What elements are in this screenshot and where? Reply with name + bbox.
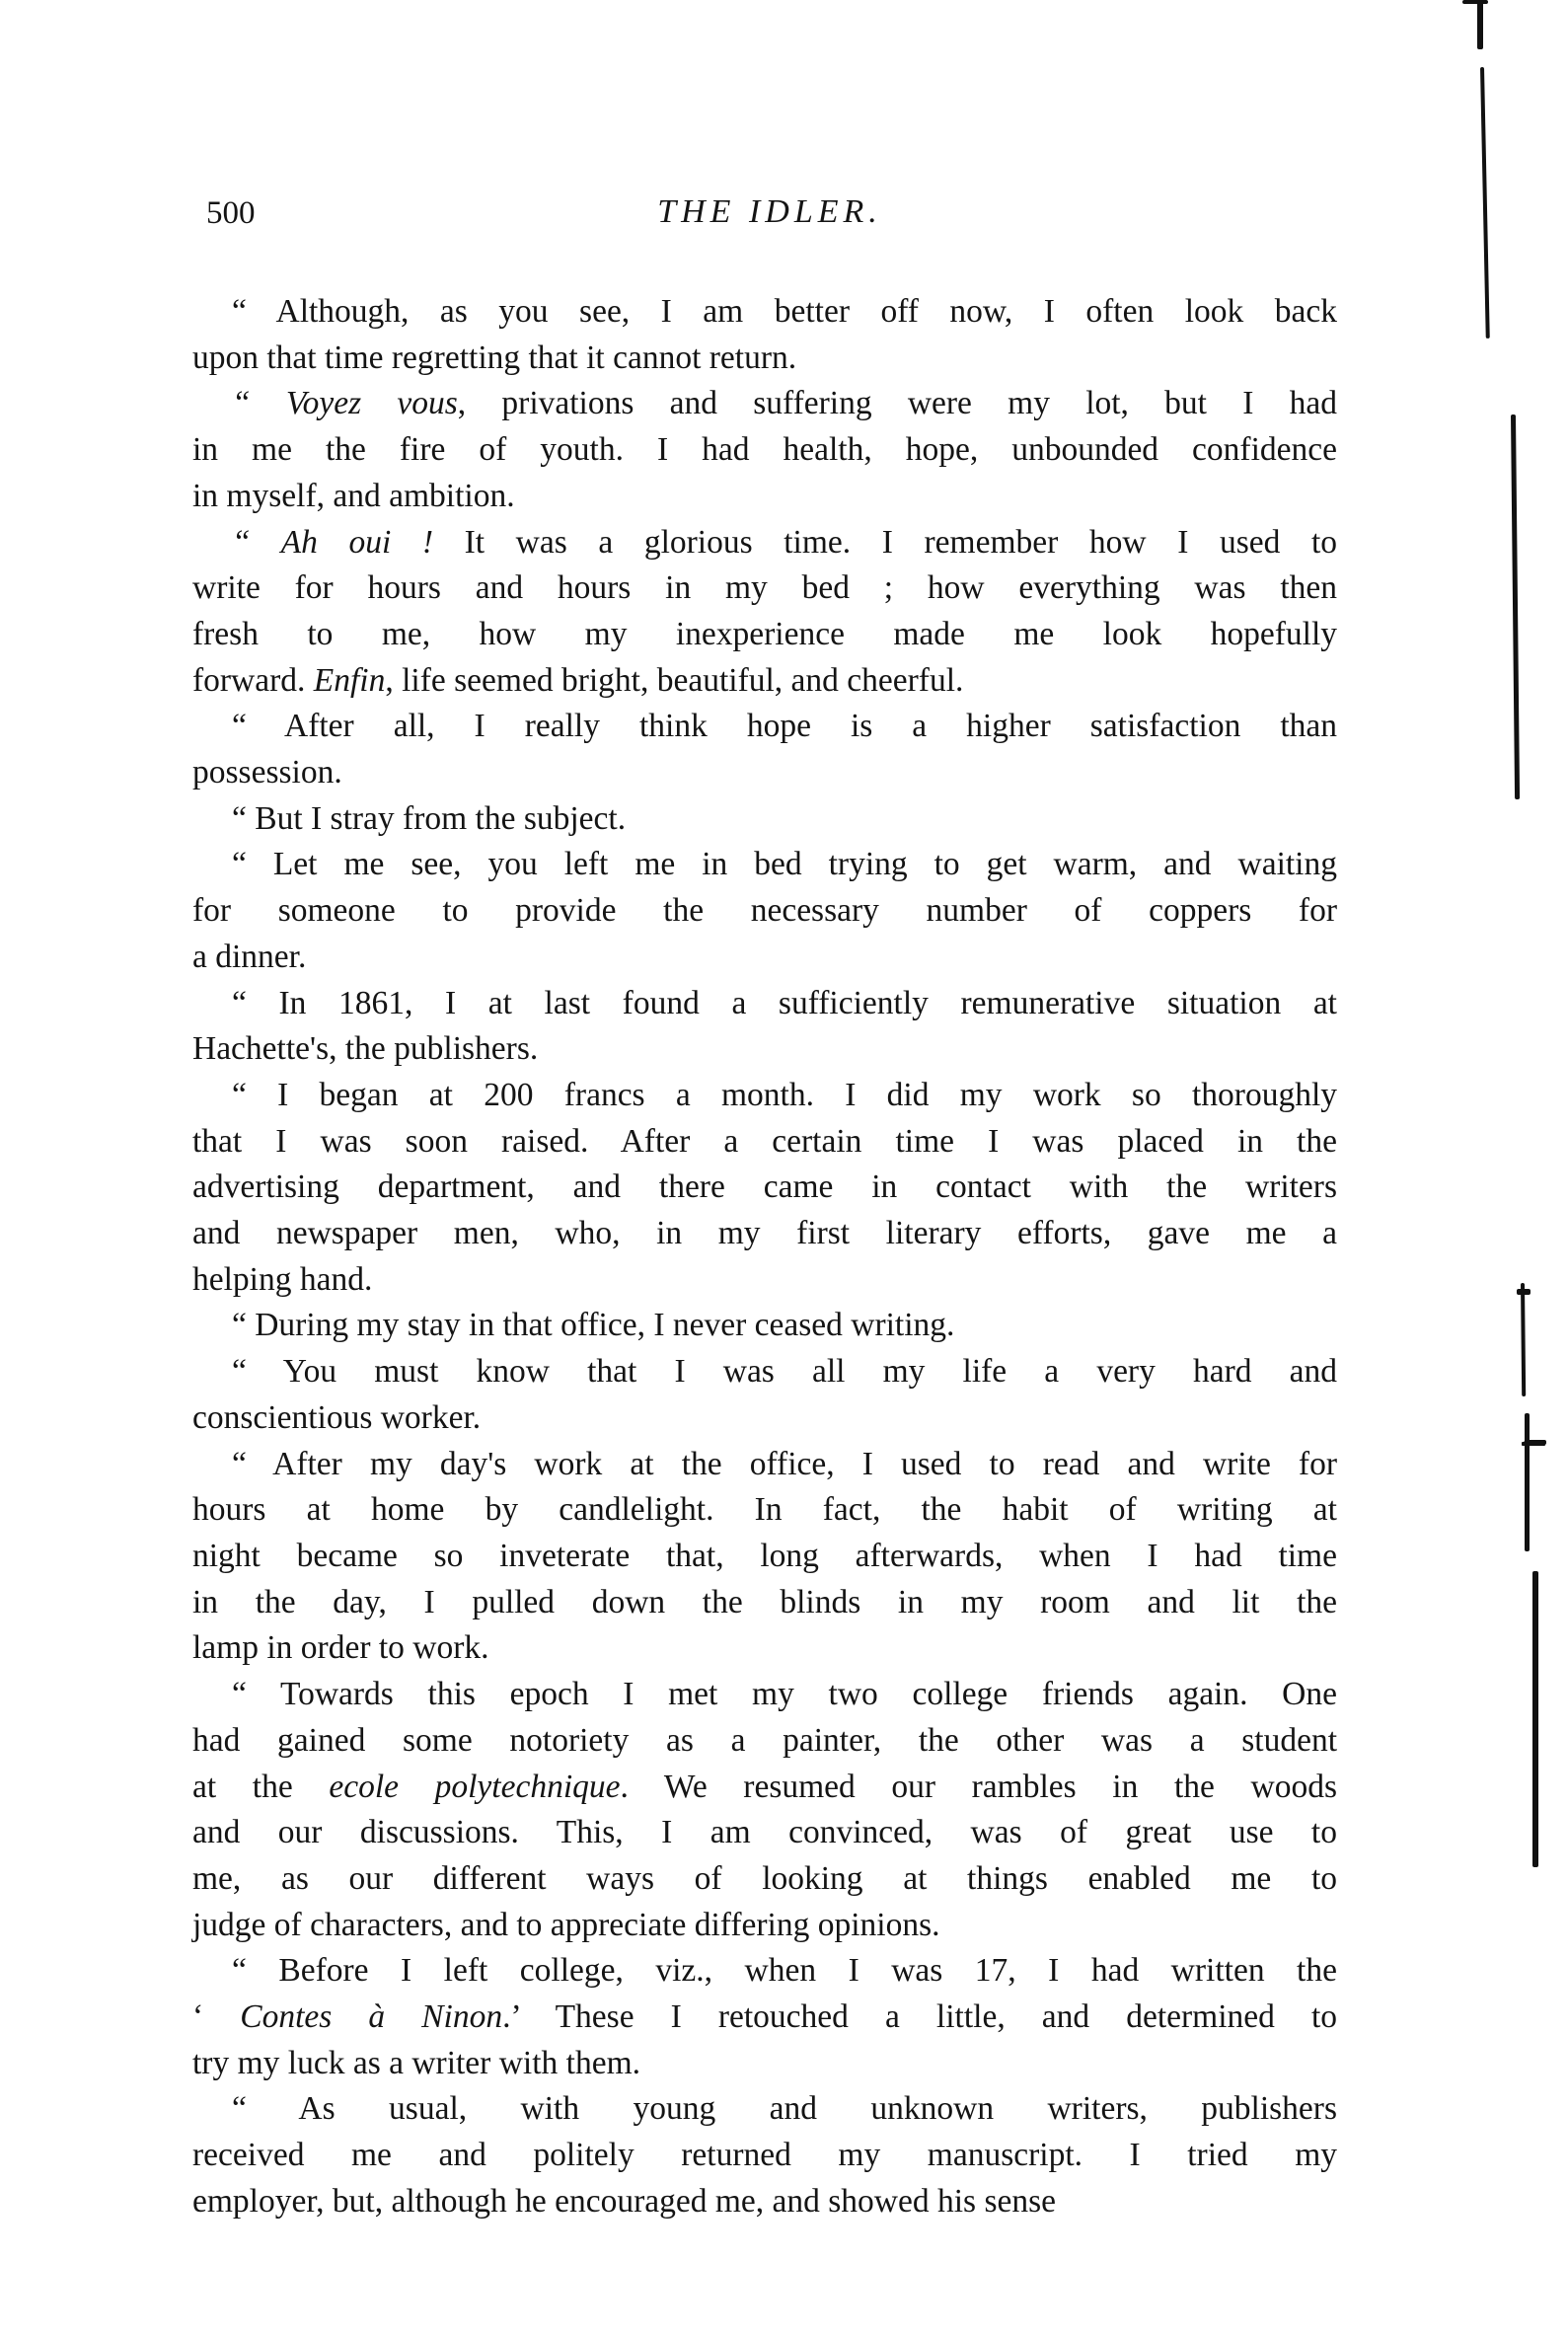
text-line: “ Although, as you see, I am better off … (192, 289, 1337, 336)
italic-phrase: “ Ah oui ! (232, 524, 433, 561)
text-line: possession. (192, 750, 1337, 796)
running-title: THE IDLER. (192, 193, 1337, 231)
paragraph: “ After all, I really think hope is a hi… (192, 704, 1337, 795)
paragraph: “ Towards this epoch I met my two colleg… (192, 1672, 1337, 1948)
text-line: “ During my stay in that office, I never… (192, 1303, 1337, 1349)
text-line: and newspaper men, who, in my first lite… (192, 1211, 1337, 1257)
italic-phrase: ecole polytechnique (329, 1769, 620, 1805)
binding-edge-mark (1462, 0, 1488, 4)
italic-phrase: Contes à Ninon (240, 1998, 502, 2035)
paragraph: “ As usual, with young and unknown write… (192, 2086, 1337, 2224)
paragraph: “ Before I left college, viz., when I wa… (192, 1948, 1337, 2086)
paragraph: “ I began at 200 francs a month. I did m… (192, 1073, 1337, 1304)
text-line: in myself, and ambition. (192, 474, 1337, 520)
text-line: “ After my day's work at the office, I u… (192, 1442, 1337, 1488)
binding-edge-line (1480, 67, 1490, 339)
binding-edge-line (1511, 414, 1520, 799)
text-line: and our discussions. This, I am convince… (192, 1810, 1337, 1856)
binding-edge-mark (1522, 1442, 1545, 1446)
text-line: conscientious worker. (192, 1395, 1337, 1442)
binding-edge-mark (1517, 1289, 1531, 1295)
text-line: upon that time regretting that it cannot… (192, 336, 1337, 382)
paragraph: “ Let me see, you left me in bed trying … (192, 842, 1337, 980)
text-line: “ Ah oui ! It was a glorious time. I rem… (192, 520, 1337, 566)
text-line: try my luck as a writer with them. (192, 2041, 1337, 2087)
text-line: employer, but, although he encouraged me… (192, 2179, 1337, 2225)
text-line: hours at home by candlelight. In fact, t… (192, 1487, 1337, 1534)
text-line: “ As usual, with young and unknown write… (192, 2086, 1337, 2133)
italic-phrase: Enfin (314, 662, 386, 699)
text-line: advertising department, and there came i… (192, 1165, 1337, 1211)
binding-edge-mark (1477, 0, 1483, 49)
text-line: at the ecole polytechnique. We resumed o… (192, 1765, 1337, 1811)
text-line: “ Towards this epoch I met my two colleg… (192, 1672, 1337, 1718)
paragraph: “ In 1861, I at last found a sufficientl… (192, 981, 1337, 1073)
binding-edge-line (1532, 1571, 1538, 1867)
paragraph: “ You must know that I was all my life a… (192, 1349, 1337, 1441)
text-line: received me and politely returned my man… (192, 2133, 1337, 2179)
paragraph: “ After my day's work at the office, I u… (192, 1442, 1337, 1673)
text-line: write for hours and hours in my bed ; ho… (192, 565, 1337, 612)
book-page: 500 THE IDLER. “ Although, as you see, I… (0, 0, 1568, 2335)
text-line: a dinner. (192, 935, 1337, 981)
paragraph: “ Although, as you see, I am better off … (192, 289, 1337, 381)
text-line: for someone to provide the necessary num… (192, 888, 1337, 935)
text-line: “ Voyez vous, privations and suffering w… (192, 381, 1337, 427)
paragraph: “ During my stay in that office, I never… (192, 1303, 1337, 1349)
text-line: “ Let me see, you left me in bed trying … (192, 842, 1337, 888)
paragraph: “ Voyez vous, privations and suffering w… (192, 381, 1337, 519)
text-line: lamp in order to work. (192, 1625, 1337, 1672)
text-line: “ I began at 200 francs a month. I did m… (192, 1073, 1337, 1119)
body-text: “ Although, as you see, I am better off … (192, 289, 1337, 2225)
italic-phrase: “ Voyez vous (232, 385, 458, 421)
text-line: night became so inveterate that, long af… (192, 1534, 1337, 1580)
text-line: that I was soon raised. After a certain … (192, 1119, 1337, 1166)
text-line: helping hand. (192, 1257, 1337, 1304)
text-line: ‘ Contes à Ninon.’ These I retouched a l… (192, 1995, 1337, 2041)
text-line: forward. Enfin, life seemed bright, beau… (192, 658, 1337, 705)
text-line: “ But I stray from the subject. (192, 796, 1337, 843)
text-line: had gained some notoriety as a painter, … (192, 1718, 1337, 1765)
text-line: in the day, I pulled down the blinds in … (192, 1580, 1337, 1626)
text-line: me, as our different ways of looking at … (192, 1856, 1337, 1903)
text-line: fresh to me, how my inexperience made me… (192, 612, 1337, 658)
text-line: judge of characters, and to appreciate d… (192, 1903, 1337, 1949)
paragraph: “ But I stray from the subject. (192, 796, 1337, 843)
text-line: “ In 1861, I at last found a sufficientl… (192, 981, 1337, 1027)
text-line: Hachette's, the publishers. (192, 1026, 1337, 1073)
text-line: “ You must know that I was all my life a… (192, 1349, 1337, 1395)
text-line: “ Before I left college, viz., when I wa… (192, 1948, 1337, 1995)
binding-edge-line (1521, 1283, 1526, 1396)
paragraph: “ Ah oui ! It was a glorious time. I rem… (192, 520, 1337, 705)
text-line: “ After all, I really think hope is a hi… (192, 704, 1337, 750)
running-head: 500 THE IDLER. (192, 193, 1337, 243)
binding-edge-line (1525, 1413, 1530, 1551)
text-line: in me the fire of youth. I had health, h… (192, 427, 1337, 474)
